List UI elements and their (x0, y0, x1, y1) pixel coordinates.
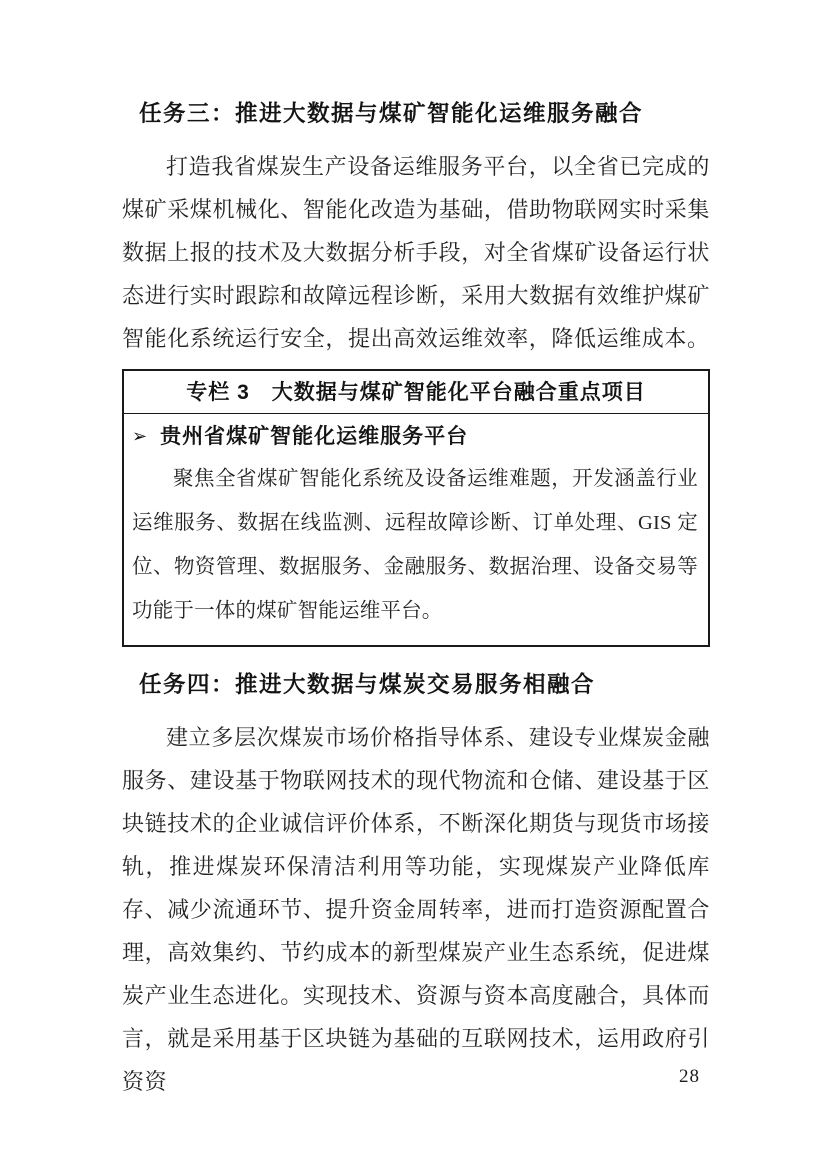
callout-box-body: ➢贵州省煤矿智能化运维服务平台 聚焦全省煤矿智能化系统及设备运维难题，开发涵盖行… (124, 414, 708, 645)
task4-paragraph: 建立多层次煤炭市场价格指导体系、建设专业煤炭金融服务、建设基于物联网技术的现代物… (122, 716, 710, 1103)
task3-paragraph: 打造我省煤炭生产设备运维服务平台，以全省已完成的煤矿采煤机械化、智能化改造为基础… (122, 145, 710, 360)
document-page: 任务三：推进大数据与煤矿智能化运维服务融合 打造我省煤炭生产设备运维服务平台，以… (0, 0, 826, 1169)
callout-box-item: ➢贵州省煤矿智能化运维服务平台 (132, 419, 698, 455)
callout-box-item-title: 贵州省煤矿智能化运维服务平台 (160, 425, 468, 448)
callout-box-title: 专栏 3 大数据与煤矿智能化平台融合重点项目 (124, 371, 708, 414)
page-number: 28 (679, 1066, 700, 1088)
document-content: 任务三：推进大数据与煤矿智能化运维服务融合 打造我省煤炭生产设备运维服务平台，以… (122, 0, 710, 1103)
callout-box-zhuanlan3: 专栏 3 大数据与煤矿智能化平台融合重点项目 ➢贵州省煤矿智能化运维服务平台 聚… (122, 369, 710, 647)
callout-box-item-description: 聚焦全省煤矿智能化系统及设备运维难题，开发涵盖行业运维服务、数据在线监测、远程故… (132, 457, 698, 633)
task4-heading: 任务四：推进大数据与煤炭交易服务相融合 (122, 667, 710, 703)
task3-heading: 任务三：推进大数据与煤矿智能化运维服务融合 (122, 96, 710, 132)
arrow-bullet-icon: ➢ (132, 418, 148, 454)
